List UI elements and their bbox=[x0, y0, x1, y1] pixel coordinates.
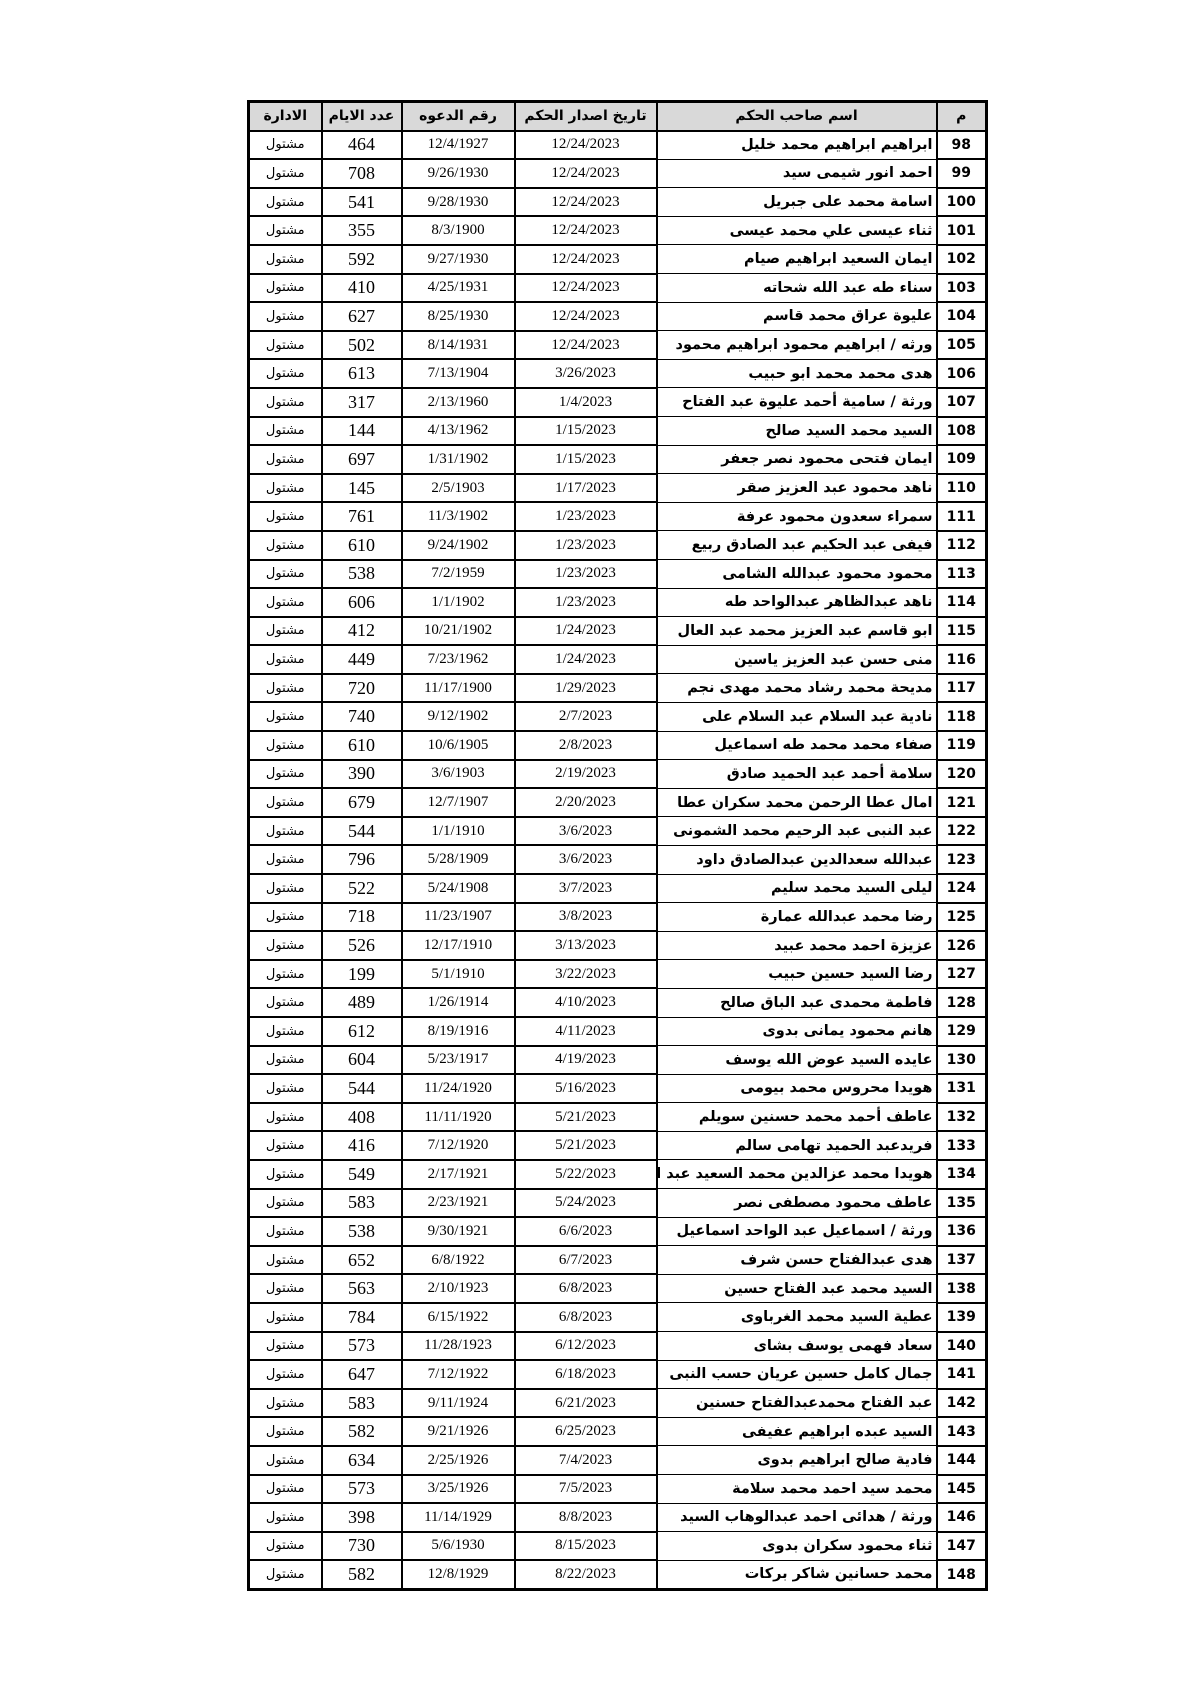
cell-case-no: 11/28/1923 bbox=[402, 1332, 515, 1361]
cell-admin: مشتول bbox=[249, 359, 322, 388]
cell-name: رضا محمد عبدالله عمارة bbox=[657, 903, 937, 932]
table-row: 127 رضا السيد حسين حبيب 3/22/2023 5/1/19… bbox=[249, 960, 987, 989]
cell-case-no: 9/12/1902 bbox=[402, 702, 515, 731]
cell-no: 122 bbox=[937, 817, 987, 846]
cell-days: 718 bbox=[322, 903, 402, 932]
cell-issue-date: 5/24/2023 bbox=[515, 1189, 657, 1218]
cell-case-no: 4/13/1962 bbox=[402, 417, 515, 446]
cell-days: 606 bbox=[322, 588, 402, 617]
table-row: 132 عاطف أحمد محمد حسنين سويلم 5/21/2023… bbox=[249, 1103, 987, 1132]
cell-days: 740 bbox=[322, 702, 402, 731]
cell-admin: مشتول bbox=[249, 760, 322, 789]
cell-no: 126 bbox=[937, 931, 987, 960]
cell-admin: مشتول bbox=[249, 1103, 322, 1132]
cell-name: ابو قاسم عبد العزيز محمد عبد العال bbox=[657, 617, 937, 646]
cell-issue-date: 12/24/2023 bbox=[515, 131, 657, 160]
table-row: 114 ناهد عبدالظاهر عبدالواحد طه 1/23/202… bbox=[249, 588, 987, 617]
cell-case-no: 9/24/1902 bbox=[402, 531, 515, 560]
cell-case-no: 8/19/1916 bbox=[402, 1017, 515, 1046]
cell-no: 118 bbox=[937, 702, 987, 731]
cell-issue-date: 6/8/2023 bbox=[515, 1303, 657, 1332]
table-row: 122 عبد النبى عبد الرحيم محمد الشمونى 3/… bbox=[249, 817, 987, 846]
cell-days: 708 bbox=[322, 159, 402, 188]
table-row: 143 السيد عبده ابراهيم عفيفى 6/25/2023 9… bbox=[249, 1417, 987, 1446]
cell-no: 101 bbox=[937, 216, 987, 245]
cell-issue-date: 3/6/2023 bbox=[515, 817, 657, 846]
cell-name: ناهد عبدالظاهر عبدالواحد طه bbox=[657, 588, 937, 617]
cell-issue-date: 1/24/2023 bbox=[515, 645, 657, 674]
cell-admin: مشتول bbox=[249, 1417, 322, 1446]
cell-issue-date: 6/18/2023 bbox=[515, 1360, 657, 1389]
cell-admin: مشتول bbox=[249, 417, 322, 446]
cell-case-no: 3/6/1903 bbox=[402, 760, 515, 789]
cell-days: 583 bbox=[322, 1189, 402, 1218]
cell-admin: مشتول bbox=[249, 302, 322, 331]
cell-days: 199 bbox=[322, 960, 402, 989]
cell-name: هويدا محروس محمد بيومى bbox=[657, 1074, 937, 1103]
cell-days: 592 bbox=[322, 245, 402, 274]
cell-no: 124 bbox=[937, 874, 987, 903]
header-admin: الادارة bbox=[249, 102, 322, 131]
table-row: 102 ايمان السعيد ابراهيم صيام 12/24/2023… bbox=[249, 245, 987, 274]
cell-name: فيفى عبد الحكيم عبد الصادق ربيع bbox=[657, 531, 937, 560]
cell-days: 522 bbox=[322, 874, 402, 903]
cell-days: 796 bbox=[322, 845, 402, 874]
cell-admin: مشتول bbox=[249, 645, 322, 674]
cell-issue-date: 12/24/2023 bbox=[515, 245, 657, 274]
cell-no: 113 bbox=[937, 560, 987, 589]
cell-days: 398 bbox=[322, 1503, 402, 1532]
cell-case-no: 11/17/1900 bbox=[402, 674, 515, 703]
cell-admin: مشتول bbox=[249, 1389, 322, 1418]
cell-issue-date: 5/21/2023 bbox=[515, 1103, 657, 1132]
table-row: 111 سمراء سعدون محمود عرفة 1/23/2023 11/… bbox=[249, 502, 987, 531]
cell-no: 134 bbox=[937, 1160, 987, 1189]
cell-days: 573 bbox=[322, 1475, 402, 1504]
cell-issue-date: 1/17/2023 bbox=[515, 474, 657, 503]
cell-name: جمال كامل حسين عريان حسب النبى bbox=[657, 1360, 937, 1389]
cell-issue-date: 6/8/2023 bbox=[515, 1274, 657, 1303]
cell-issue-date: 1/23/2023 bbox=[515, 531, 657, 560]
cell-no: 105 bbox=[937, 331, 987, 360]
cell-case-no: 8/3/1900 bbox=[402, 216, 515, 245]
cell-issue-date: 3/22/2023 bbox=[515, 960, 657, 989]
cell-case-no: 3/25/1926 bbox=[402, 1475, 515, 1504]
cell-case-no: 2/25/1926 bbox=[402, 1446, 515, 1475]
cell-case-no: 9/26/1930 bbox=[402, 159, 515, 188]
table-row: 146 ورثة / هدائى احمد عبدالوهاب السيد 8/… bbox=[249, 1503, 987, 1532]
cell-admin: مشتول bbox=[249, 531, 322, 560]
cell-name: هانم محمود يمانى بدوى bbox=[657, 1017, 937, 1046]
cell-issue-date: 5/16/2023 bbox=[515, 1074, 657, 1103]
table-row: 137 هدى عبدالفتاح حسن شرف 6/7/2023 6/8/1… bbox=[249, 1246, 987, 1275]
cell-issue-date: 1/23/2023 bbox=[515, 560, 657, 589]
cell-admin: مشتول bbox=[249, 131, 322, 160]
table-row: 136 ورثة / اسماعيل عبد الواحد اسماعيل 6/… bbox=[249, 1217, 987, 1246]
table-row: 108 السيد محمد السيد صالح 1/15/2023 4/13… bbox=[249, 417, 987, 446]
table-row: 145 محمد سيد احمد محمد سلامة 7/5/2023 3/… bbox=[249, 1475, 987, 1504]
cell-admin: مشتول bbox=[249, 1332, 322, 1361]
cell-no: 110 bbox=[937, 474, 987, 503]
cell-days: 610 bbox=[322, 531, 402, 560]
cell-case-no: 7/12/1922 bbox=[402, 1360, 515, 1389]
table-row: 134 هويدا محمد عزالدين محمد السعيد عبد ا… bbox=[249, 1160, 987, 1189]
cell-admin: مشتول bbox=[249, 502, 322, 531]
cell-issue-date: 6/7/2023 bbox=[515, 1246, 657, 1275]
cell-days: 784 bbox=[322, 1303, 402, 1332]
cell-days: 355 bbox=[322, 216, 402, 245]
cell-case-no: 12/8/1929 bbox=[402, 1560, 515, 1589]
table-row: 99 احمد انور شيمى سيد 12/24/2023 9/26/19… bbox=[249, 159, 987, 188]
cell-days: 549 bbox=[322, 1160, 402, 1189]
table-row: 121 امال عطا الرحمن محمد سكران عطا 2/20/… bbox=[249, 788, 987, 817]
cell-days: 526 bbox=[322, 931, 402, 960]
cell-no: 142 bbox=[937, 1389, 987, 1418]
cell-no: 116 bbox=[937, 645, 987, 674]
cell-issue-date: 12/24/2023 bbox=[515, 302, 657, 331]
cell-name: هدى عبدالفتاح حسن شرف bbox=[657, 1246, 937, 1275]
cell-days: 408 bbox=[322, 1103, 402, 1132]
cell-days: 612 bbox=[322, 1017, 402, 1046]
cell-days: 449 bbox=[322, 645, 402, 674]
cell-case-no: 2/17/1921 bbox=[402, 1160, 515, 1189]
table-row: 129 هانم محمود يمانى بدوى 4/11/2023 8/19… bbox=[249, 1017, 987, 1046]
cell-name: نادية عبد السلام عبد السلام على bbox=[657, 702, 937, 731]
cell-days: 634 bbox=[322, 1446, 402, 1475]
cell-no: 109 bbox=[937, 445, 987, 474]
cell-admin: مشتول bbox=[249, 560, 322, 589]
cell-no: 120 bbox=[937, 760, 987, 789]
table-row: 124 ليلى السيد محمد سليم 3/7/2023 5/24/1… bbox=[249, 874, 987, 903]
cell-name: عبدالله سعدالدين عبدالصادق داود bbox=[657, 845, 937, 874]
cell-days: 144 bbox=[322, 417, 402, 446]
cell-no: 121 bbox=[937, 788, 987, 817]
cell-case-no: 1/31/1902 bbox=[402, 445, 515, 474]
document-page: م اسم صاحب الحكم تاريخ اصدار الحكم رقم ا… bbox=[0, 0, 1190, 1683]
cell-days: 583 bbox=[322, 1389, 402, 1418]
cell-name: فريدعبد الحميد تهامى سالم bbox=[657, 1131, 937, 1160]
cell-no: 112 bbox=[937, 531, 987, 560]
table-row: 118 نادية عبد السلام عبد السلام على 2/7/… bbox=[249, 702, 987, 731]
cell-no: 123 bbox=[937, 845, 987, 874]
cell-issue-date: 4/19/2023 bbox=[515, 1046, 657, 1075]
cell-admin: مشتول bbox=[249, 1274, 322, 1303]
cell-admin: مشتول bbox=[249, 1131, 322, 1160]
cell-case-no: 1/1/1910 bbox=[402, 817, 515, 846]
table-row: 140 سعاد فهمى يوسف بشاى 6/12/2023 11/28/… bbox=[249, 1332, 987, 1361]
cell-case-no: 9/21/1926 bbox=[402, 1417, 515, 1446]
cell-case-no: 11/3/1902 bbox=[402, 502, 515, 531]
cell-admin: مشتول bbox=[249, 1046, 322, 1075]
cell-name: ثناء عيسى علي محمد عيسى bbox=[657, 216, 937, 245]
cell-case-no: 10/21/1902 bbox=[402, 617, 515, 646]
cell-days: 730 bbox=[322, 1532, 402, 1561]
cell-case-no: 8/14/1931 bbox=[402, 331, 515, 360]
cell-admin: مشتول bbox=[249, 845, 322, 874]
cell-admin: مشتول bbox=[249, 1074, 322, 1103]
cell-no: 135 bbox=[937, 1189, 987, 1218]
cell-no: 129 bbox=[937, 1017, 987, 1046]
cell-admin: مشتول bbox=[249, 274, 322, 303]
cell-issue-date: 6/21/2023 bbox=[515, 1389, 657, 1418]
cell-days: 720 bbox=[322, 674, 402, 703]
cell-issue-date: 1/15/2023 bbox=[515, 417, 657, 446]
table-row: 120 سلامة أحمد عبد الحميد صادق 2/19/2023… bbox=[249, 760, 987, 789]
table-row: 141 جمال كامل حسين عريان حسب النبى 6/18/… bbox=[249, 1360, 987, 1389]
cell-no: 148 bbox=[937, 1560, 987, 1589]
cell-admin: مشتول bbox=[249, 617, 322, 646]
cell-admin: مشتول bbox=[249, 188, 322, 217]
cell-case-no: 5/28/1909 bbox=[402, 845, 515, 874]
cell-admin: مشتول bbox=[249, 1217, 322, 1246]
cell-no: 125 bbox=[937, 903, 987, 932]
cell-case-no: 6/8/1922 bbox=[402, 1246, 515, 1275]
cell-no: 146 bbox=[937, 1503, 987, 1532]
cell-name: عبد النبى عبد الرحيم محمد الشمونى bbox=[657, 817, 937, 846]
cell-admin: مشتول bbox=[249, 988, 322, 1017]
cell-admin: مشتول bbox=[249, 1446, 322, 1475]
cell-issue-date: 1/24/2023 bbox=[515, 617, 657, 646]
cell-no: 145 bbox=[937, 1475, 987, 1504]
cell-days: 652 bbox=[322, 1246, 402, 1275]
cell-name: سلامة أحمد عبد الحميد صادق bbox=[657, 760, 937, 789]
cell-name: محمد سيد احمد محمد سلامة bbox=[657, 1475, 937, 1504]
header-no: م bbox=[937, 102, 987, 131]
cell-admin: مشتول bbox=[249, 474, 322, 503]
cell-issue-date: 3/6/2023 bbox=[515, 845, 657, 874]
cell-days: 410 bbox=[322, 274, 402, 303]
cell-name: عليوة عراق محمد قاسم bbox=[657, 302, 937, 331]
cell-case-no: 6/15/1922 bbox=[402, 1303, 515, 1332]
table-row: 104 عليوة عراق محمد قاسم 12/24/2023 8/25… bbox=[249, 302, 987, 331]
cell-admin: مشتول bbox=[249, 1017, 322, 1046]
cell-name: ايمان السعيد ابراهيم صيام bbox=[657, 245, 937, 274]
cell-days: 544 bbox=[322, 1074, 402, 1103]
cell-issue-date: 8/15/2023 bbox=[515, 1532, 657, 1561]
cell-issue-date: 1/15/2023 bbox=[515, 445, 657, 474]
table-row: 142 عبد الفتاح محمدعبدالفتاح حسنين 6/21/… bbox=[249, 1389, 987, 1418]
cell-days: 317 bbox=[322, 388, 402, 417]
cell-case-no: 4/25/1931 bbox=[402, 274, 515, 303]
cell-admin: مشتول bbox=[249, 1189, 322, 1218]
cell-issue-date: 1/4/2023 bbox=[515, 388, 657, 417]
cell-name: ورثة / اسماعيل عبد الواحد اسماعيل bbox=[657, 1217, 937, 1246]
table-row: 117 مديحة محمد رشاد محمد مهدى نجم 1/29/2… bbox=[249, 674, 987, 703]
table-row: 116 منى حسن عبد العزيز ياسين 1/24/2023 7… bbox=[249, 645, 987, 674]
cell-name: عبد الفتاح محمدعبدالفتاح حسنين bbox=[657, 1389, 937, 1418]
cell-admin: مشتول bbox=[249, 1160, 322, 1189]
table-row: 139 عطية السيد محمد الغرباوى 6/8/2023 6/… bbox=[249, 1303, 987, 1332]
cell-admin: مشتول bbox=[249, 216, 322, 245]
cell-name: عايده السيد عوض الله يوسف bbox=[657, 1046, 937, 1075]
cell-issue-date: 6/12/2023 bbox=[515, 1332, 657, 1361]
cell-case-no: 11/23/1907 bbox=[402, 903, 515, 932]
judgments-table: م اسم صاحب الحكم تاريخ اصدار الحكم رقم ا… bbox=[247, 100, 988, 1591]
cell-no: 131 bbox=[937, 1074, 987, 1103]
cell-no: 106 bbox=[937, 359, 987, 388]
cell-name: ابراهيم ابراهيم محمد خليل bbox=[657, 131, 937, 160]
cell-issue-date: 3/8/2023 bbox=[515, 903, 657, 932]
cell-issue-date: 1/29/2023 bbox=[515, 674, 657, 703]
cell-admin: مشتول bbox=[249, 702, 322, 731]
cell-admin: مشتول bbox=[249, 817, 322, 846]
cell-no: 104 bbox=[937, 302, 987, 331]
cell-case-no: 2/23/1921 bbox=[402, 1189, 515, 1218]
cell-no: 99 bbox=[937, 159, 987, 188]
cell-no: 147 bbox=[937, 1532, 987, 1561]
header-row: م اسم صاحب الحكم تاريخ اصدار الحكم رقم ا… bbox=[249, 102, 987, 131]
cell-no: 102 bbox=[937, 245, 987, 274]
cell-name: محمود محمود عبدالله الشامى bbox=[657, 560, 937, 589]
cell-case-no: 7/13/1904 bbox=[402, 359, 515, 388]
cell-case-no: 12/17/1910 bbox=[402, 931, 515, 960]
cell-admin: مشتول bbox=[249, 931, 322, 960]
cell-name: سناء طه عبد الله شحاته bbox=[657, 274, 937, 303]
cell-days: 489 bbox=[322, 988, 402, 1017]
cell-name: رضا السيد حسين حبيب bbox=[657, 960, 937, 989]
table-row: 133 فريدعبد الحميد تهامى سالم 5/21/2023 … bbox=[249, 1131, 987, 1160]
cell-case-no: 11/24/1920 bbox=[402, 1074, 515, 1103]
cell-days: 679 bbox=[322, 788, 402, 817]
cell-no: 117 bbox=[937, 674, 987, 703]
cell-case-no: 7/12/1920 bbox=[402, 1131, 515, 1160]
cell-case-no: 9/11/1924 bbox=[402, 1389, 515, 1418]
cell-name: السيد محمد عبد الفتاح حسين bbox=[657, 1274, 937, 1303]
cell-case-no: 5/23/1917 bbox=[402, 1046, 515, 1075]
cell-issue-date: 2/19/2023 bbox=[515, 760, 657, 789]
cell-no: 114 bbox=[937, 588, 987, 617]
table-row: 119 صفاء محمد محمد طه اسماعيل 2/8/2023 1… bbox=[249, 731, 987, 760]
cell-name: عاطف محمود مصطفى نصر bbox=[657, 1189, 937, 1218]
table-row: 130 عايده السيد عوض الله يوسف 4/19/2023 … bbox=[249, 1046, 987, 1075]
cell-days: 604 bbox=[322, 1046, 402, 1075]
cell-admin: مشتول bbox=[249, 1475, 322, 1504]
cell-admin: مشتول bbox=[249, 731, 322, 760]
cell-no: 119 bbox=[937, 731, 987, 760]
cell-no: 111 bbox=[937, 502, 987, 531]
cell-case-no: 11/14/1929 bbox=[402, 1503, 515, 1532]
cell-issue-date: 12/24/2023 bbox=[515, 274, 657, 303]
cell-issue-date: 8/8/2023 bbox=[515, 1503, 657, 1532]
cell-no: 108 bbox=[937, 417, 987, 446]
cell-case-no: 1/26/1914 bbox=[402, 988, 515, 1017]
cell-case-no: 2/13/1960 bbox=[402, 388, 515, 417]
cell-issue-date: 12/24/2023 bbox=[515, 188, 657, 217]
cell-issue-date: 2/20/2023 bbox=[515, 788, 657, 817]
cell-issue-date: 4/11/2023 bbox=[515, 1017, 657, 1046]
cell-issue-date: 1/23/2023 bbox=[515, 502, 657, 531]
cell-admin: مشتول bbox=[249, 960, 322, 989]
cell-no: 130 bbox=[937, 1046, 987, 1075]
table-row: 100 اسامة محمد على جبريل 12/24/2023 9/28… bbox=[249, 188, 987, 217]
cell-issue-date: 8/22/2023 bbox=[515, 1560, 657, 1589]
cell-case-no: 1/1/1902 bbox=[402, 588, 515, 617]
cell-days: 416 bbox=[322, 1131, 402, 1160]
cell-days: 582 bbox=[322, 1560, 402, 1589]
cell-admin: مشتول bbox=[249, 1503, 322, 1532]
table-row: 135 عاطف محمود مصطفى نصر 5/24/2023 2/23/… bbox=[249, 1189, 987, 1218]
cell-name: صفاء محمد محمد طه اسماعيل bbox=[657, 731, 937, 760]
table-row: 138 السيد محمد عبد الفتاح حسين 6/8/2023 … bbox=[249, 1274, 987, 1303]
cell-no: 98 bbox=[937, 131, 987, 160]
cell-name: امال عطا الرحمن محمد سكران عطا bbox=[657, 788, 937, 817]
header-name: اسم صاحب الحكم bbox=[657, 102, 937, 131]
cell-days: 610 bbox=[322, 731, 402, 760]
cell-issue-date: 5/22/2023 bbox=[515, 1160, 657, 1189]
cell-no: 103 bbox=[937, 274, 987, 303]
cell-issue-date: 6/25/2023 bbox=[515, 1417, 657, 1446]
cell-admin: مشتول bbox=[249, 588, 322, 617]
cell-no: 132 bbox=[937, 1103, 987, 1132]
cell-name: عزيزة احمد محمد عبيد bbox=[657, 931, 937, 960]
cell-days: 582 bbox=[322, 1417, 402, 1446]
cell-name: ورثة / سامية أحمد عليوة عبد الفتاح bbox=[657, 388, 937, 417]
cell-issue-date: 7/5/2023 bbox=[515, 1475, 657, 1504]
cell-issue-date: 12/24/2023 bbox=[515, 216, 657, 245]
cell-no: 137 bbox=[937, 1246, 987, 1275]
cell-days: 145 bbox=[322, 474, 402, 503]
cell-issue-date: 12/24/2023 bbox=[515, 159, 657, 188]
cell-name: هويدا محمد عزالدين محمد السعيد عبد اللطي… bbox=[657, 1160, 937, 1189]
cell-issue-date: 2/8/2023 bbox=[515, 731, 657, 760]
cell-case-no: 2/10/1923 bbox=[402, 1274, 515, 1303]
cell-no: 115 bbox=[937, 617, 987, 646]
cell-no: 133 bbox=[937, 1131, 987, 1160]
cell-name: ليلى السيد محمد سليم bbox=[657, 874, 937, 903]
table-row: 112 فيفى عبد الحكيم عبد الصادق ربيع 1/23… bbox=[249, 531, 987, 560]
cell-issue-date: 7/4/2023 bbox=[515, 1446, 657, 1475]
cell-name: منى حسن عبد العزيز ياسين bbox=[657, 645, 937, 674]
cell-issue-date: 2/7/2023 bbox=[515, 702, 657, 731]
cell-case-no: 9/28/1930 bbox=[402, 188, 515, 217]
cell-no: 128 bbox=[937, 988, 987, 1017]
cell-no: 136 bbox=[937, 1217, 987, 1246]
cell-name: احمد انور شيمى سيد bbox=[657, 159, 937, 188]
cell-admin: مشتول bbox=[249, 788, 322, 817]
cell-admin: مشتول bbox=[249, 331, 322, 360]
cell-days: 541 bbox=[322, 188, 402, 217]
cell-name: مديحة محمد رشاد محمد مهدى نجم bbox=[657, 674, 937, 703]
cell-no: 100 bbox=[937, 188, 987, 217]
cell-case-no: 12/4/1927 bbox=[402, 131, 515, 160]
cell-name: محمد حسانين شاكر بركات bbox=[657, 1560, 937, 1589]
cell-issue-date: 3/13/2023 bbox=[515, 931, 657, 960]
table-row: 113 محمود محمود عبدالله الشامى 1/23/2023… bbox=[249, 560, 987, 589]
cell-days: 647 bbox=[322, 1360, 402, 1389]
cell-case-no: 7/23/1962 bbox=[402, 645, 515, 674]
table-row: 110 ناهد محمود عبد العزيز صقر 1/17/2023 … bbox=[249, 474, 987, 503]
cell-no: 138 bbox=[937, 1274, 987, 1303]
cell-case-no: 10/6/1905 bbox=[402, 731, 515, 760]
table-row: 98 ابراهيم ابراهيم محمد خليل 12/24/2023 … bbox=[249, 131, 987, 160]
cell-days: 573 bbox=[322, 1332, 402, 1361]
cell-name: ورثه / ابراهيم محمود ابراهيم محمود bbox=[657, 331, 937, 360]
cell-no: 144 bbox=[937, 1446, 987, 1475]
cell-admin: مشتول bbox=[249, 674, 322, 703]
cell-days: 464 bbox=[322, 131, 402, 160]
table-row: 131 هويدا محروس محمد بيومى 5/16/2023 11/… bbox=[249, 1074, 987, 1103]
table-row: 101 ثناء عيسى علي محمد عيسى 12/24/2023 8… bbox=[249, 216, 987, 245]
cell-name: عطية السيد محمد الغرباوى bbox=[657, 1303, 937, 1332]
cell-no: 139 bbox=[937, 1303, 987, 1332]
cell-no: 143 bbox=[937, 1417, 987, 1446]
cell-days: 544 bbox=[322, 817, 402, 846]
cell-admin: مشتول bbox=[249, 388, 322, 417]
cell-case-no: 5/24/1908 bbox=[402, 874, 515, 903]
header-days: عدد الايام bbox=[322, 102, 402, 131]
table-row: 125 رضا محمد عبدالله عمارة 3/8/2023 11/2… bbox=[249, 903, 987, 932]
table-row: 106 هدى محمد محمد ابو حبيب 3/26/2023 7/1… bbox=[249, 359, 987, 388]
